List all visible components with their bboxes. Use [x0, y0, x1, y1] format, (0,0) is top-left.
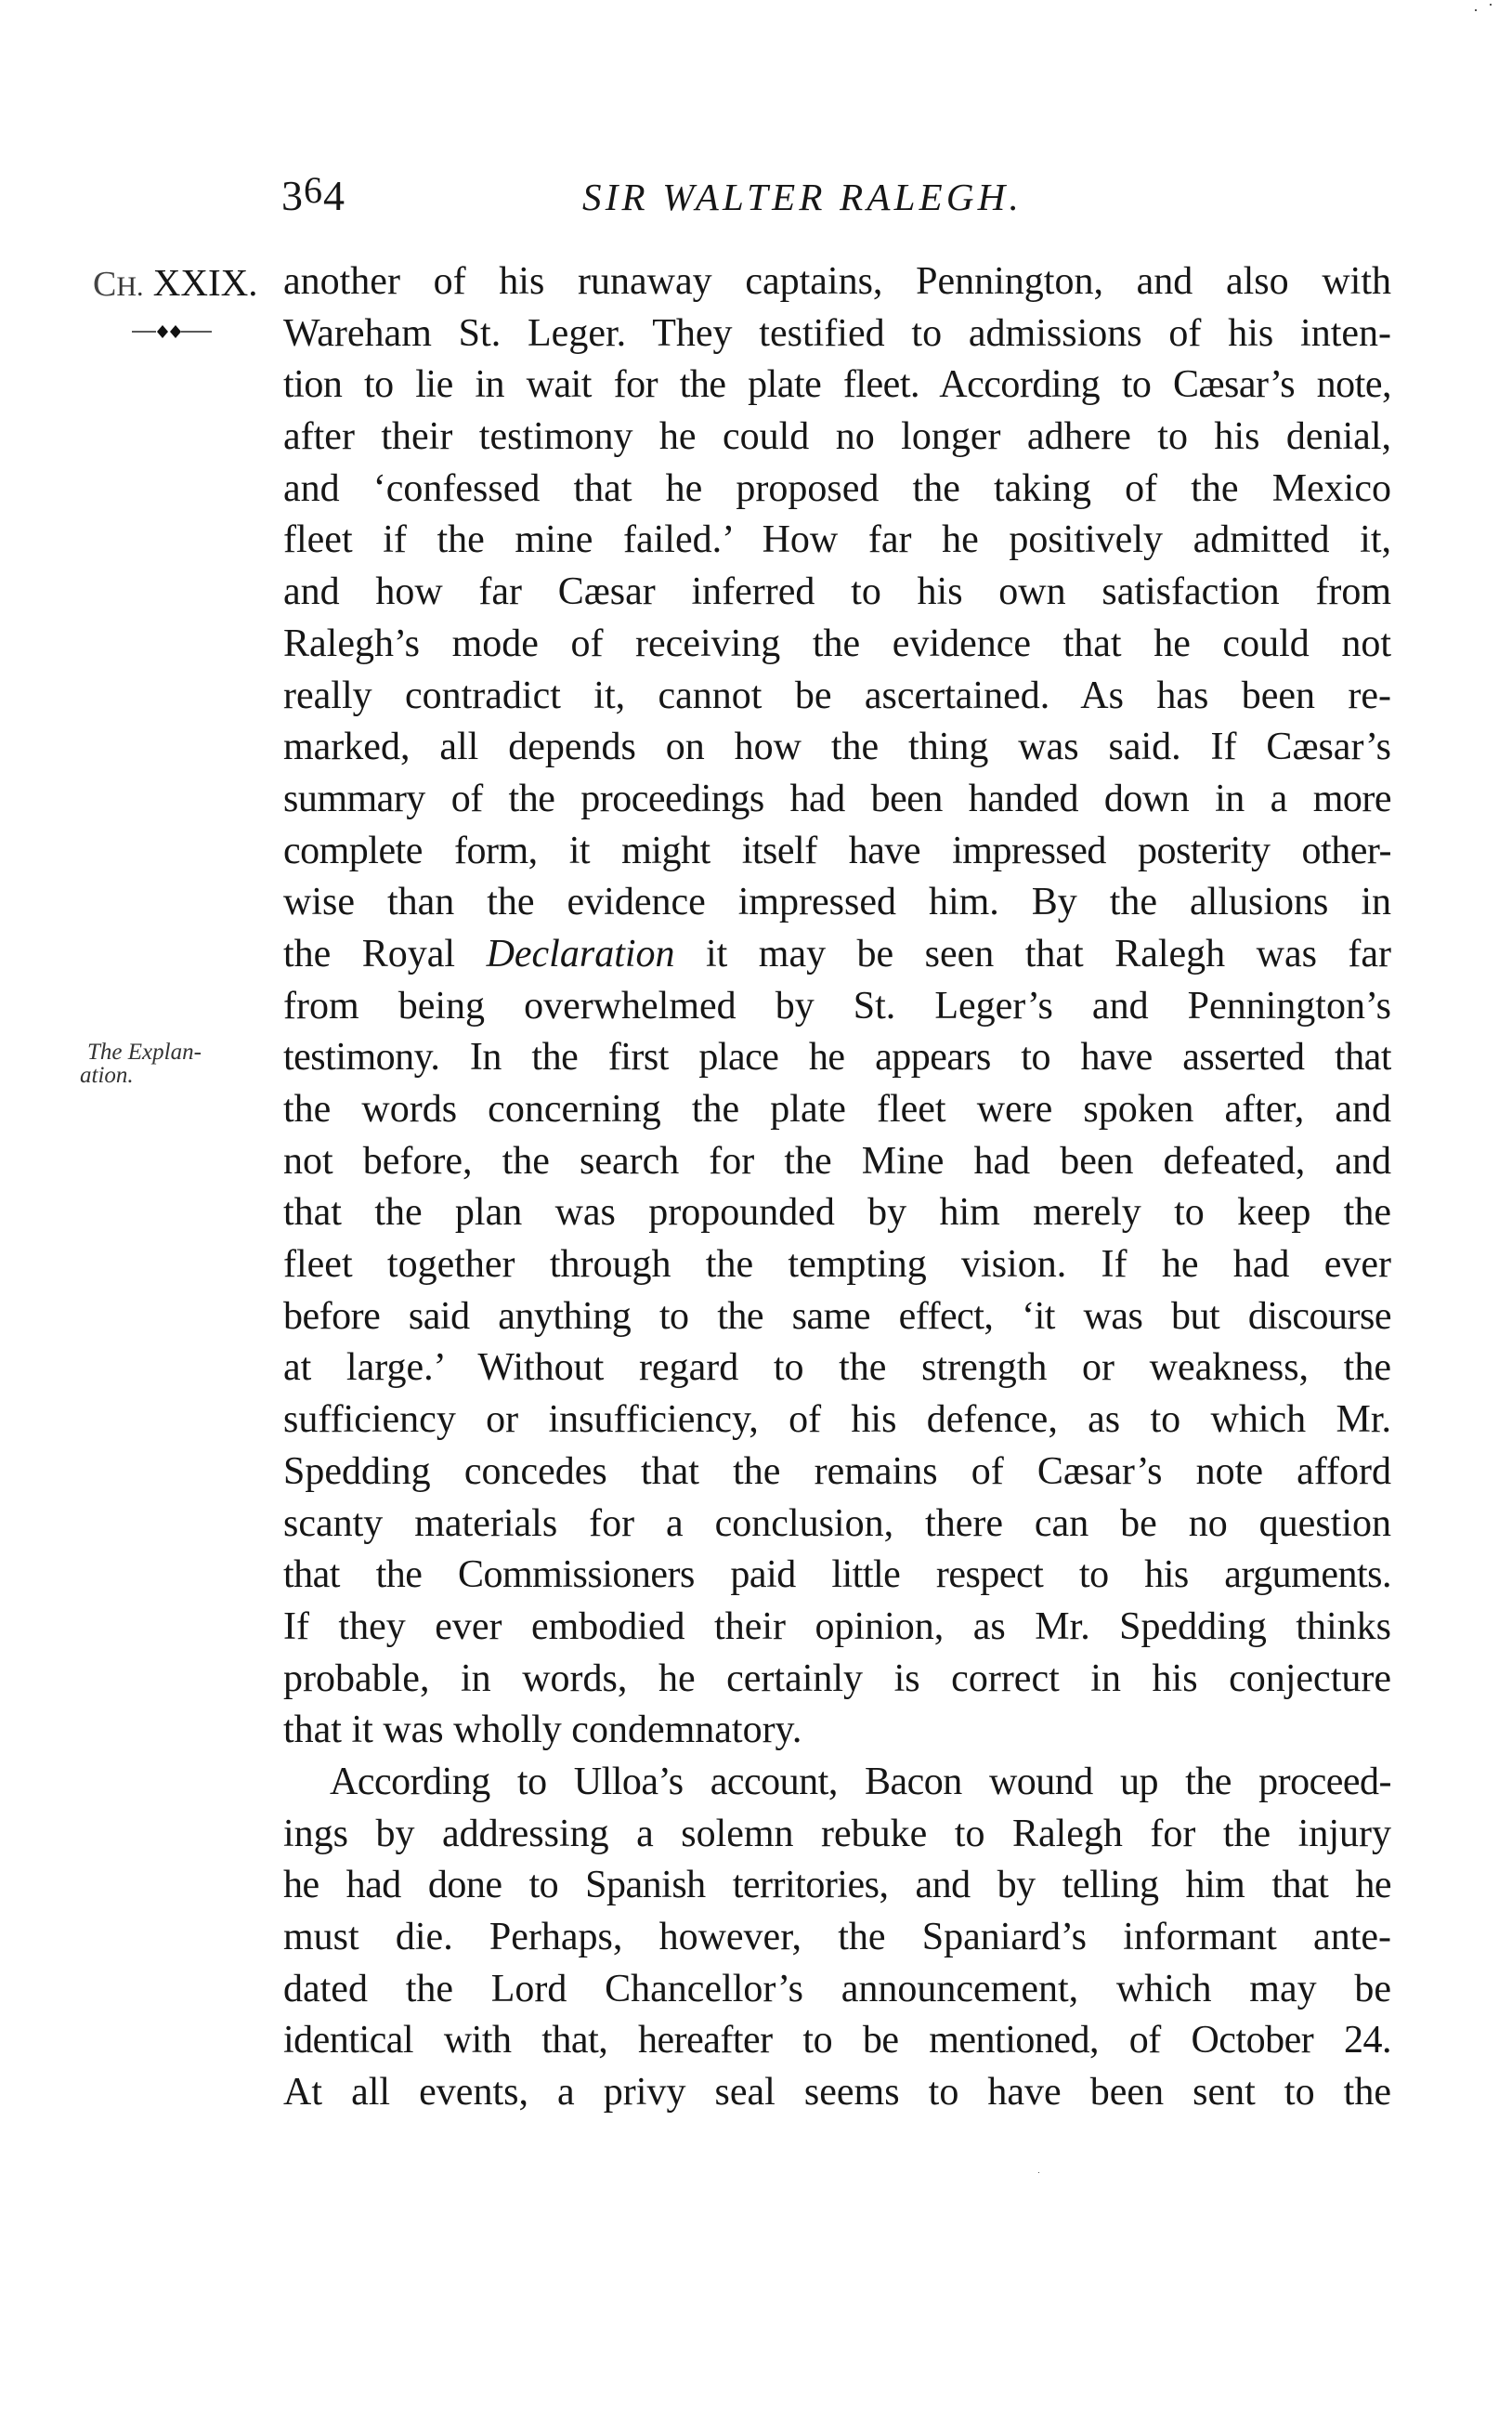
text-line: he had done to Spanish territories, and … [283, 1860, 1391, 1912]
text-line: and ‘confessed that he proposed the taki… [283, 464, 1391, 516]
text-line: another of his runaway captains, Penning… [283, 256, 1391, 308]
text-line: and how far Cæsar inferred to his own sa… [283, 567, 1391, 619]
text-line: sufficiency or insufficiency, of his def… [283, 1394, 1391, 1447]
text-line: testimony. In the first place he appears… [283, 1032, 1391, 1084]
text-line: fleet if the mine failed.’ How far he po… [283, 515, 1391, 567]
text-line: after their testimony he could no longer… [283, 412, 1391, 464]
page-number-digit: 4 [323, 172, 345, 219]
text-line: At all events, a privy seal seems to hav… [283, 2067, 1391, 2119]
text-line: tion to lie in wait for the plate fleet.… [283, 360, 1391, 412]
text-segment: it may be seen that Ralegh was far [675, 933, 1391, 975]
text-line: the words concerning the plate fleet wer… [283, 1084, 1391, 1136]
chapter-marker: CH. XXIX. [93, 256, 258, 308]
text-line: that the plan was propounded by him mere… [283, 1187, 1391, 1239]
text-line: marked, all depends on how the thing was… [283, 722, 1391, 774]
margin-note: The Explan- ation. [80, 1041, 202, 1087]
text-line: Ralegh’s mode of receiving the evidence … [283, 619, 1391, 671]
chapter-abbrev-c: C [93, 265, 116, 304]
text-line: dated the Lord Chancellor’s announcement… [283, 1964, 1391, 2016]
text-line: that the Commissioners paid little respe… [283, 1550, 1391, 1602]
text-line: Spedding concedes that the remains of Cæ… [283, 1447, 1391, 1499]
text-line: really contradict it, cannot be ascertai… [283, 671, 1391, 723]
italic-title-declaration: Declaration [487, 933, 675, 975]
page-header: 364 SIR WALTER RALEGH. [0, 0, 1512, 242]
page-number: 364 [281, 173, 345, 221]
text-line: According to Ulloa’s account, Bacon woun… [283, 1757, 1391, 1809]
scan-speck [1475, 9, 1477, 11]
margin-note-line: ation. [80, 1064, 202, 1087]
text-line: If they ever embodied their opinion, as … [283, 1602, 1391, 1654]
running-title: SIR WALTER RALEGH. [582, 174, 1023, 220]
text-line: fleet together through the tempting visi… [283, 1239, 1391, 1291]
page-number-digit: 6 [304, 169, 323, 211]
text-line: before said anything to the same effect,… [283, 1291, 1391, 1343]
scan-speck [1038, 2172, 1039, 2173]
text-line: at large.’ Without regard to the strengt… [283, 1342, 1391, 1394]
text-line: must die. Perhaps, however, the Spaniard… [283, 1912, 1391, 1964]
text-line: that it was wholly condemnatory. [283, 1705, 1391, 1757]
text-segment: the Royal [283, 933, 487, 975]
text-line: not before, the search for the Mine had … [283, 1136, 1391, 1188]
text-line: probable, in words, he certainly is corr… [283, 1654, 1391, 1706]
text-line: identical with that, hereafter to be men… [283, 2015, 1391, 2067]
scan-speck [1490, 4, 1492, 6]
body-text: another of his runaway captains, Penning… [283, 256, 1391, 2119]
chapter-numeral: XXIX. [144, 261, 258, 304]
text-line: the Royal Declaration it may be seen tha… [283, 929, 1391, 981]
chapter-abbrev-h: H. [116, 271, 143, 302]
text-line: summary of the proceedings had been hand… [283, 774, 1391, 826]
text-line: from being overwhelmed by St. Leger’s an… [283, 981, 1391, 1033]
text-line: ings by addressing a solemn rebuke to Ra… [283, 1809, 1391, 1861]
text-line: Wareham St. Leger. They testified to adm… [283, 308, 1391, 360]
text-line: complete form, it might itself have impr… [283, 826, 1391, 878]
margin-note-line: The Explan- [80, 1041, 202, 1064]
ornament-divider-icon [132, 321, 212, 342]
text-line: scanty materials for a conclusion, there… [283, 1499, 1391, 1551]
page-number-digit: 3 [281, 172, 304, 219]
text-line: wise than the evidence impressed him. By… [283, 877, 1391, 929]
